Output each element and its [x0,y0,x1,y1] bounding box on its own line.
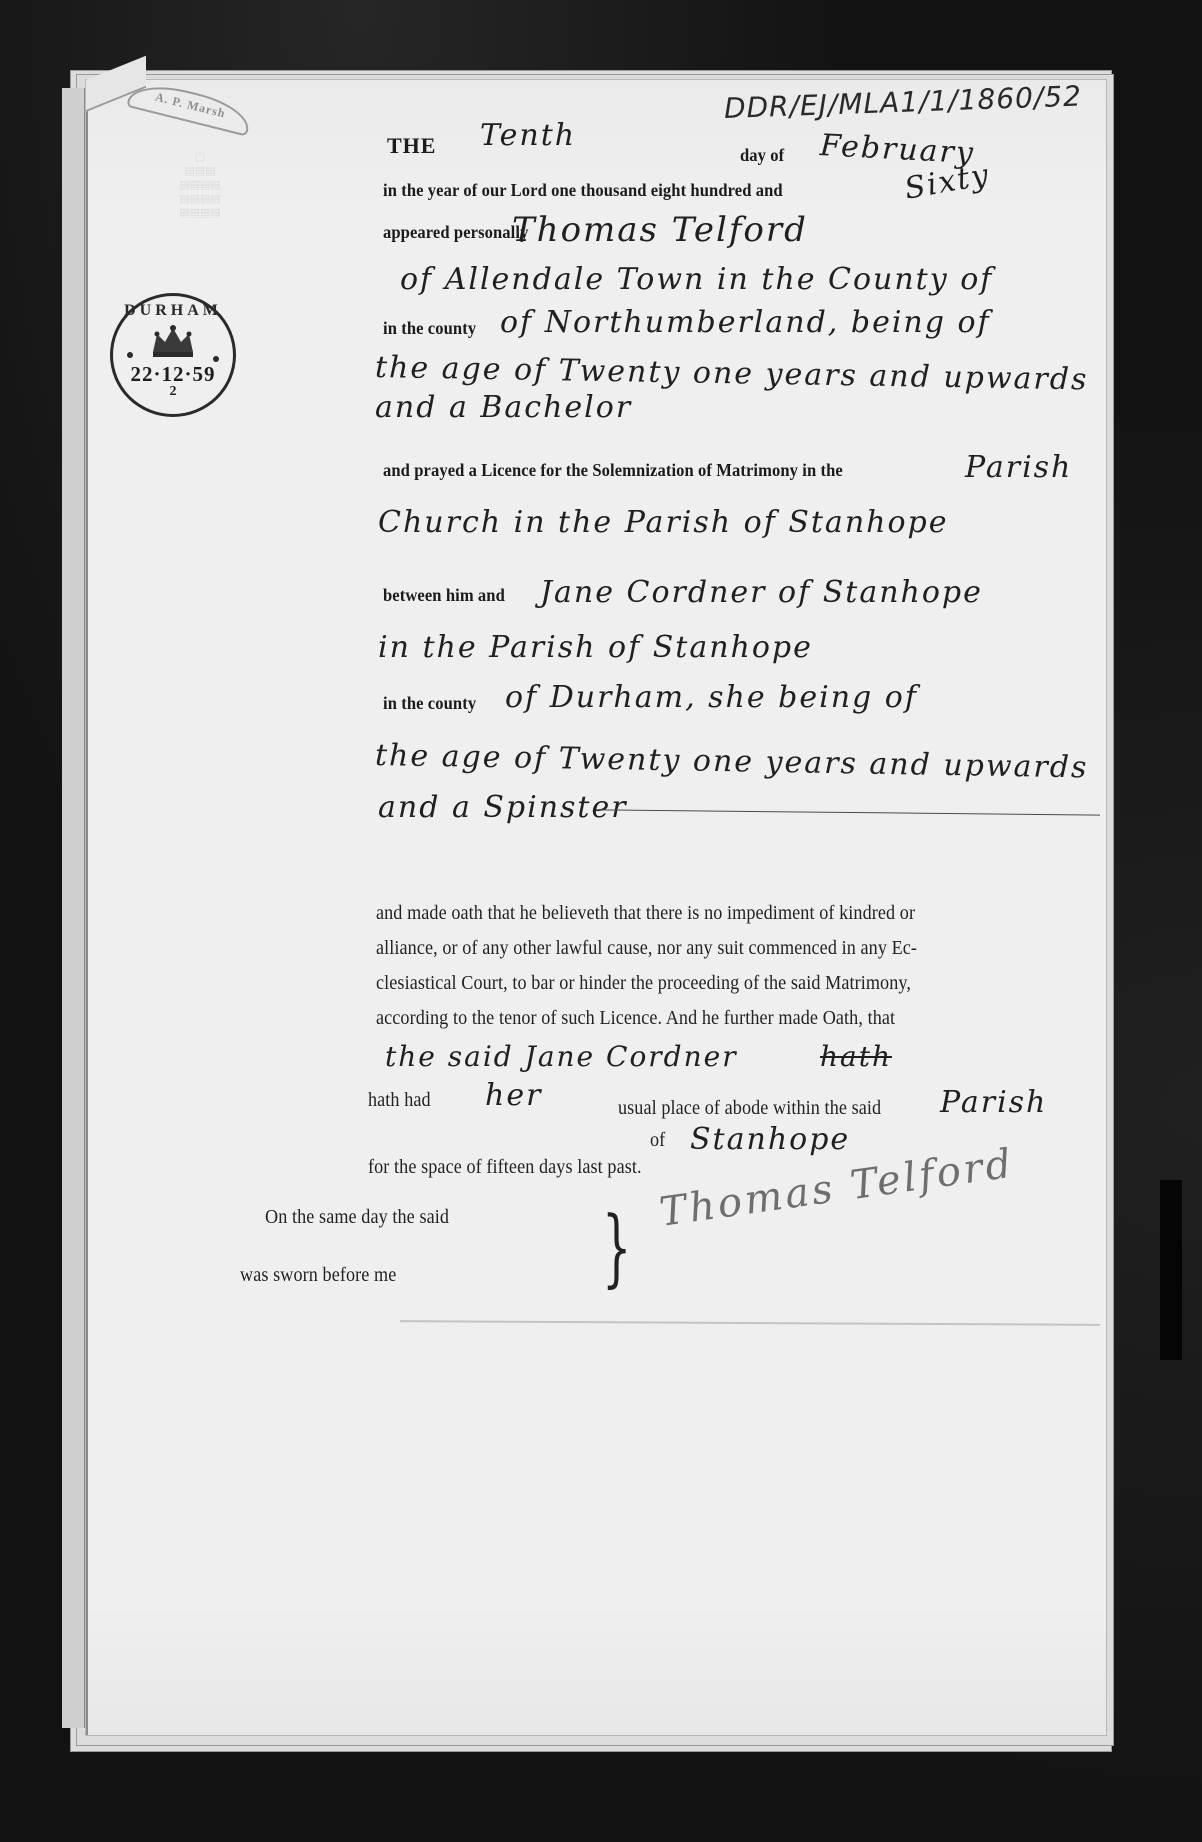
fifteen-days-label: for the space of fifteen days last past. [368,1157,642,1179]
abode-label: usual place of abode within the said [618,1098,881,1120]
stamp-dot [127,352,133,358]
pronoun-field: her [485,1078,542,1113]
of-label: of [650,1130,665,1152]
county-label-2: in the county [383,693,476,714]
abode-place-field: Stanhope [690,1122,850,1157]
bride-name-field: Jane Cordner of Stanhope [540,575,983,610]
groom-status-field: and a Bachelor [375,390,632,425]
stamp-place: DURHAM [113,302,233,320]
bride-parish-field: in the Parish of Stanhope [378,630,813,665]
oath-line-1: and made oath that he believeth that the… [376,903,915,925]
abode-field: Parish [940,1085,1047,1120]
groom-residence-field: of Allendale Town in the County of [400,262,993,297]
oath-line-2: alliance, or of any other lawful cause, … [376,938,917,960]
crown-icon [149,324,197,358]
struck-word: hath [820,1040,892,1073]
the-label: THE [387,133,436,159]
bride-county-field: of Durham, she being of [505,680,918,715]
embossed-seal: ▢▤▤▤▤▤▤▤▤▤▤▤▤▤▤▤ [150,150,250,270]
between-label: between him and [383,585,505,606]
same-day-label: On the same day the said [265,1207,449,1229]
groom-county-field: of Northumberland, being of [500,305,991,340]
bride-status-field: and a Spinster [378,790,628,825]
day-field: Tenth [480,118,576,153]
stamp-number: 2 [113,384,233,400]
durham-date-stamp: DURHAM 22·12·59 2 [110,293,236,417]
groom-name-field: Thomas Telford [512,210,808,250]
day-of-label: day of [740,145,784,166]
background-shadow [1160,1180,1182,1360]
church-field-1: Parish [965,450,1072,485]
brace-icon: } [602,1205,631,1289]
oath-line-3: clesiastical Court, to bar or hinder the… [376,973,911,995]
prayed-label: and prayed a Licence for the Solemnizati… [383,460,843,481]
county-label-1: in the county [383,318,476,339]
appeared-label: appeared personally [383,222,528,243]
hath-had-label: hath had [368,1090,431,1112]
binding-edge [62,88,85,1728]
church-field-2: Church in the Parish of Stanhope [378,505,948,540]
oath-line-4: according to the tenor of such Licence. … [376,1008,895,1030]
sworn-label: was sworn before me [240,1265,396,1287]
year-line-label: in the year of our Lord one thousand eig… [383,180,783,201]
oath-person-field: the said Jane Cordner [385,1040,738,1073]
